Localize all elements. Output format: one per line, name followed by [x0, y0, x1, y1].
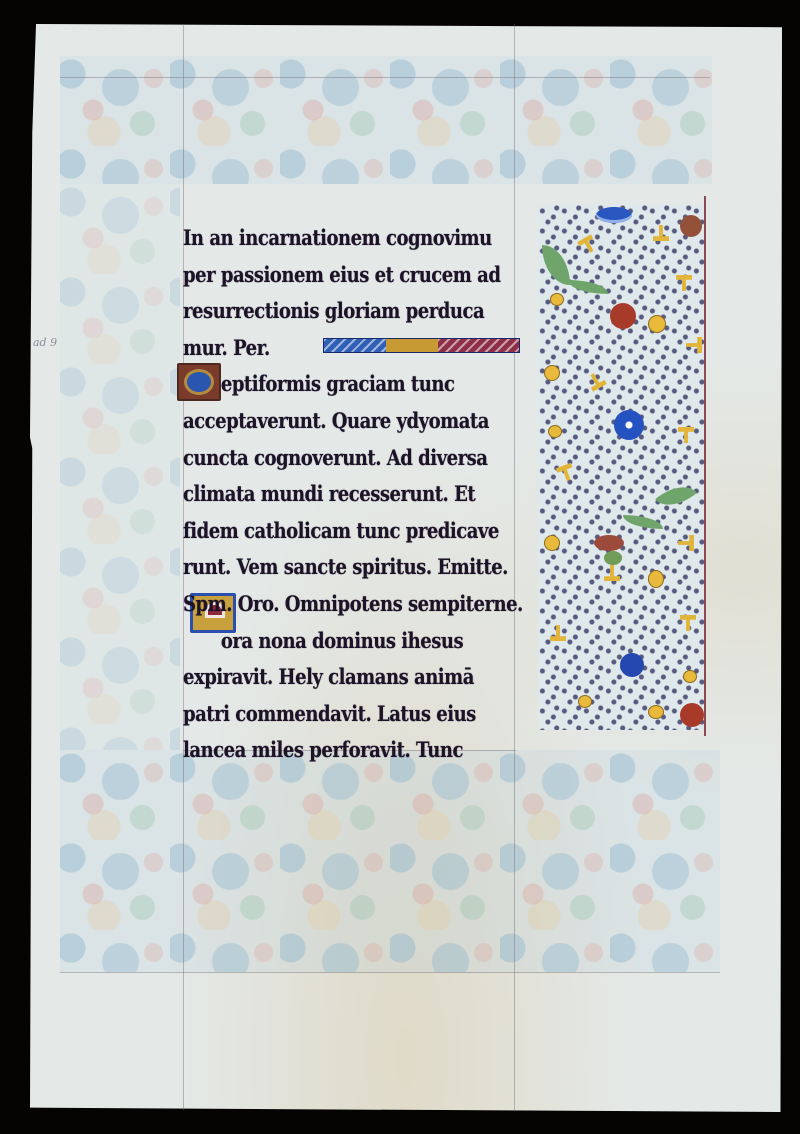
text-line: cuncta cognoverunt. Ad diversa	[183, 440, 471, 477]
red-border-rule	[704, 196, 706, 736]
gold-ivy-leaf-icon	[653, 225, 669, 241]
line-filler-red	[438, 339, 519, 352]
text-line: eptiformis graciam tunc	[183, 366, 471, 403]
gold-ivy-leaf-icon	[686, 337, 702, 353]
text-line: lancea miles perforavit. Tunc	[183, 732, 471, 769]
verso-border-show-through-left	[60, 184, 180, 750]
gold-dot-icon	[548, 425, 562, 438]
gold-ivy-leaf-icon	[680, 615, 696, 631]
foliate-border-panel	[538, 205, 706, 730]
gold-ivy-leaf-icon	[676, 275, 692, 291]
line-filler-blue	[324, 339, 386, 352]
text-line-with-filler: mur. Per.	[183, 330, 518, 367]
gold-dot-icon	[550, 293, 564, 306]
text-line: patri commendavit. Latus eius	[183, 696, 471, 733]
gold-ivy-leaf-icon	[577, 234, 599, 256]
blue-bud-icon	[596, 207, 632, 223]
verso-border-show-through-top	[60, 56, 712, 184]
text-line: runt. Vem sancte spiritus. Emitte.	[183, 549, 471, 586]
line-filler-gold	[386, 339, 438, 352]
text-line: per passionem eius et crucem ad	[183, 257, 471, 294]
gold-dot-icon	[544, 535, 560, 551]
green-leaf-icon	[542, 245, 570, 285]
verso-border-show-through-bottom	[60, 750, 720, 972]
ruling-line-top	[60, 77, 710, 78]
gold-dot-icon	[578, 695, 592, 708]
gold-ivy-leaf-icon	[585, 370, 607, 392]
margin-note: ad 9	[33, 336, 57, 349]
gold-ivy-leaf-icon	[678, 427, 694, 443]
green-leaf-icon	[568, 280, 608, 294]
text-line: acceptaverunt. Quare ydyomata	[183, 403, 471, 440]
gold-dot-icon	[544, 365, 560, 381]
text-block: In an incarnationem cognovimu per passio…	[183, 220, 518, 769]
line-filler	[323, 338, 520, 353]
red-berry-icon	[610, 303, 636, 329]
gold-dot-icon	[648, 705, 664, 719]
text-line: Spm. Oro. Omnipotens sempiterne.	[183, 586, 471, 623]
green-leaf-icon	[623, 515, 663, 529]
text-line: fidem catholicam tunc predicave	[183, 513, 471, 550]
gold-dot-icon	[683, 670, 697, 683]
thistle-calyx-icon	[604, 551, 622, 565]
gold-ivy-leaf-icon	[550, 625, 566, 641]
text-line: mur. Per.	[183, 330, 270, 366]
text-line: climata mundi recesserunt. Et	[183, 476, 471, 513]
gold-dot-icon	[648, 315, 666, 333]
green-leaf-icon	[655, 476, 697, 516]
gold-dot-icon	[648, 570, 664, 588]
red-berry-icon	[680, 703, 704, 727]
gold-ivy-leaf-icon	[604, 565, 620, 581]
text-line: In an incarnationem cognovimu	[183, 220, 471, 257]
text-line: resurrectionis gloriam perduca	[183, 293, 471, 330]
gold-ivy-leaf-icon	[678, 535, 694, 551]
blue-flower-icon	[614, 410, 644, 440]
red-berry-icon	[680, 215, 702, 237]
blue-berry-icon	[620, 653, 644, 677]
text-line: ora nona dominus ihesus	[183, 623, 471, 660]
thistle-flower-icon	[594, 535, 624, 551]
gold-ivy-leaf-icon	[556, 463, 577, 484]
ruling-line-bottom	[60, 972, 720, 973]
text-line: expiravit. Hely clamans animā	[183, 659, 471, 696]
